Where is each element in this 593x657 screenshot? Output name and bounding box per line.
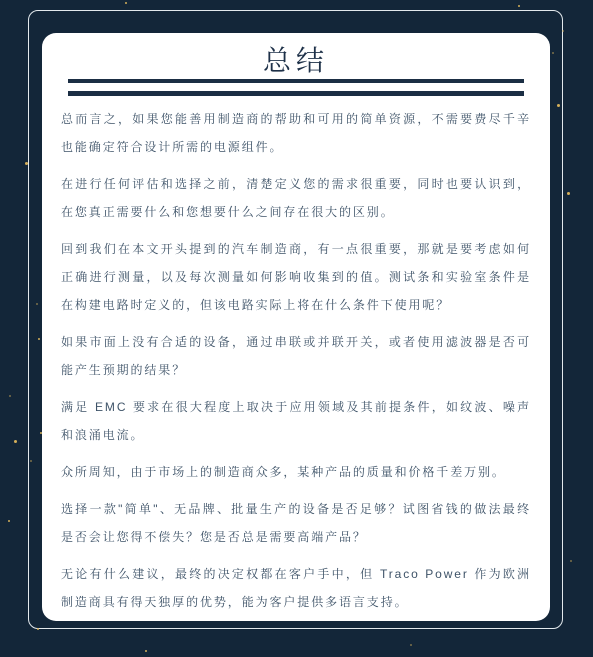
star-decoration [25, 162, 28, 165]
star-decoration [36, 303, 38, 305]
star-decoration [518, 5, 520, 7]
star-decoration [567, 192, 570, 195]
title-underline-top [68, 79, 524, 83]
summary-card: 总结 总而言之，如果您能善用制造商的帮助和可用的简单资源，不需要费尽千辛也能确定… [42, 33, 550, 621]
star-decoration [38, 338, 40, 340]
title-underline-bottom [68, 91, 524, 96]
star-decoration [145, 650, 147, 652]
star-decoration [30, 460, 32, 462]
star-decoration [14, 440, 17, 443]
star-decoration [40, 432, 42, 434]
paragraph: 满足 EMC 要求在很大程度上取决于应用领域及其前提条件，如纹波、噪声和浪涌电流… [61, 393, 531, 449]
paragraph: 在进行任何评估和选择之前，清楚定义您的需求很重要，同时也要认识到，在您真正需要什… [61, 170, 531, 226]
star-decoration [552, 52, 554, 54]
star-decoration [557, 104, 560, 107]
paragraph: 回到我们在本文开头提到的汽车制造商，有一点很重要，那就是要考虑如何正确进行测量，… [61, 235, 531, 319]
paragraphs: 总而言之，如果您能善用制造商的帮助和可用的简单资源，不需要费尽千辛也能确定符合设… [61, 105, 531, 616]
paragraph: 总而言之，如果您能善用制造商的帮助和可用的简单资源，不需要费尽千辛也能确定符合设… [61, 105, 531, 161]
star-decoration [37, 628, 39, 630]
star-decoration [8, 520, 10, 522]
star-decoration [570, 560, 572, 562]
paragraph: 选择一款"简单"、无品牌、批量生产的设备是否足够？试图省钱的做法最终是否会让您得… [61, 495, 531, 551]
star-decoration [9, 395, 11, 397]
star-decoration [562, 30, 564, 32]
star-decoration [410, 644, 412, 646]
paragraph: 如果市面上没有合适的设备，通过串联或并联开关，或者使用滤波器是否可能产生预期的结… [61, 328, 531, 384]
page-title: 总结 [61, 45, 531, 77]
star-decoration [125, 2, 127, 4]
paragraph: 无论有什么建议，最终的决定权都在客户手中，但 Traco Power 作为欧洲制… [61, 560, 531, 616]
paragraph: 众所周知，由于市场上的制造商众多，某种产品的质量和价格千差万别。 [61, 458, 531, 486]
